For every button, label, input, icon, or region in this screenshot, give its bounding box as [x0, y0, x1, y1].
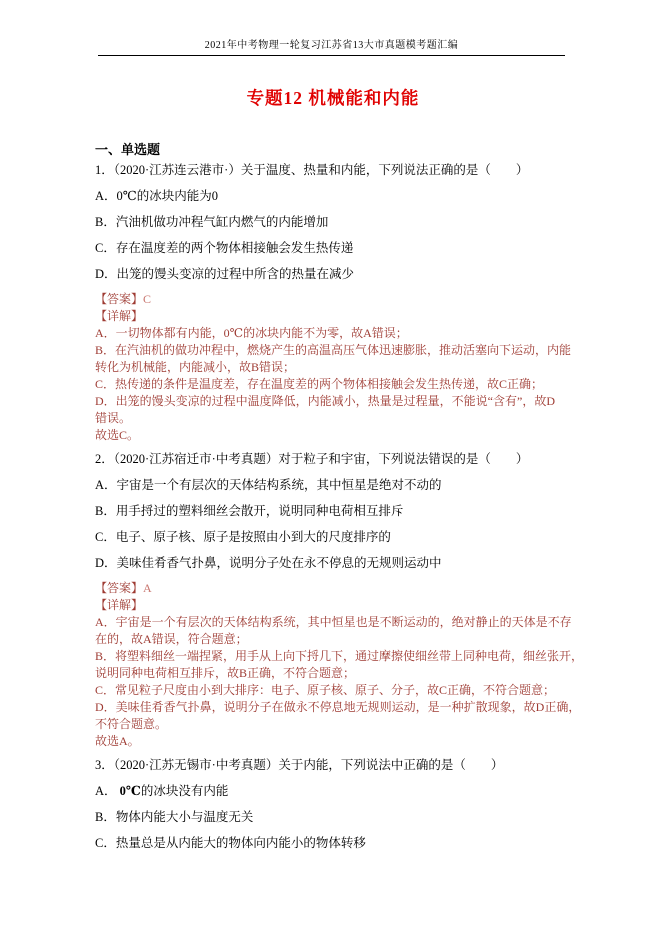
question-3: 3．（2020·江苏无锡市·中考真题）关于内能，下列说法中正确的是（ ） A． … — [95, 752, 571, 856]
choose-line: 故选C。 — [95, 427, 571, 444]
detail-label: 【详解】 — [95, 597, 571, 614]
detail-line: 说明同种电荷相互排斥，故B正确，不符合题意； — [95, 665, 571, 682]
page-header: 2021年中考物理一轮复习江苏省13大市真题模考题汇编 — [98, 36, 565, 56]
detail-line: 错误。 — [95, 410, 571, 427]
detail-line: B．将塑料细丝一端捏紧，用手从上向下捋几下，通过摩擦使细丝带上同种电荷，细丝张开… — [95, 648, 571, 665]
question-stem: 1．（2020·江苏连云港市·）关于温度、热量和内能，下列说法正确的是（ ） — [95, 157, 571, 183]
detail-line: 转化为机械能，内能减小，故B错误； — [95, 359, 571, 376]
question-1: 1．（2020·江苏连云港市·）关于温度、热量和内能，下列说法正确的是（ ） A… — [95, 157, 571, 444]
detail-line: A．宇宙是一个有层次的天体结构系统，其中恒星也是不断运动的，绝对静止的天体是不存 — [95, 614, 571, 631]
answer-label: 【答案】 — [95, 581, 143, 595]
answer-label: 【答案】 — [95, 292, 143, 306]
answer-value: A — [143, 581, 152, 595]
option-d: D．出笼的馒头变凉的过程中所含的热量在减少 — [95, 261, 571, 287]
detail-line: A．一切物体都有内能，0℃的冰块内能不为零，故A错误； — [95, 325, 571, 342]
choose-line: 故选A。 — [95, 733, 571, 750]
detail-line: C．常见粒子尺度由小到大排序：电子、原子核、原子、分子，故C正确，不符合题意； — [95, 682, 571, 699]
option-a: A．0℃的冰块内能为0 — [95, 183, 571, 209]
option-a-rest: 的冰块没有内能 — [141, 784, 229, 798]
option-c: C．电子、原子核、原子是按照由小到大的尺度排序的 — [95, 524, 571, 550]
question-stem: 2．（2020·江苏宿迁市·中考真题）对于粒子和宇宙，下列说法错误的是（ ） — [95, 446, 571, 472]
answer-line: 【答案】A — [95, 580, 571, 597]
option-d: D．美味佳肴香气扑鼻，说明分子处在永不停息的无规则运动中 — [95, 550, 571, 576]
question-2: 2．（2020·江苏宿迁市·中考真题）对于粒子和宇宙，下列说法错误的是（ ） A… — [95, 446, 571, 750]
detail-line: D．美味佳肴香气扑鼻，说明分子在做永不停息地无规则运动，是一种扩散现象，故D正确… — [95, 699, 571, 716]
option-b: B．物体内能大小与温度无关 — [95, 804, 571, 830]
option-c: C．存在温度差的两个物体相接触会发生热传递 — [95, 235, 571, 261]
detail-line: C．热传递的条件是温度差，存在温度差的两个物体相接触会发生热传递，故C正确； — [95, 376, 571, 393]
document-body: 专题12 机械能和内能 一、单选题 1．（2020·江苏连云港市·）关于温度、热… — [95, 88, 571, 856]
answer-value: C — [143, 292, 151, 306]
option-c: C．热量总是从内能大的物体向内能小的物体转移 — [95, 830, 571, 856]
option-a: A．宇宙是一个有层次的天体结构系统，其中恒星是绝对不动的 — [95, 472, 571, 498]
option-a: A． 0℃的冰块没有内能 — [95, 778, 571, 804]
detail-line: 在的，故A错误，符合题意； — [95, 631, 571, 648]
page-title: 专题12 机械能和内能 — [95, 88, 571, 108]
option-a-prefix: A． — [95, 784, 120, 798]
header-text: 2021年中考物理一轮复习江苏省13大市真题模考题汇编 — [205, 40, 459, 51]
option-a-bold-term: 0℃ — [120, 784, 141, 798]
option-b: B．汽油机做功冲程气缸内燃气的内能增加 — [95, 209, 571, 235]
detail-line: B．在汽油机的做功冲程中，燃烧产生的高温高压气体迅速膨胀，推动活塞向下运动，内能 — [95, 342, 571, 359]
option-b: B．用手捋过的塑料细丝会散开，说明同种电荷相互排斥 — [95, 498, 571, 524]
section-heading: 一、单选题 — [95, 143, 571, 157]
detail-line: D．出笼的馒头变凉的过程中温度降低，内能减小，热量是过程量，不能说“含有”，故D — [95, 393, 571, 410]
detail-line: 不符合题意。 — [95, 716, 571, 733]
detail-label: 【详解】 — [95, 308, 571, 325]
answer-line: 【答案】C — [95, 291, 571, 308]
question-stem: 3．（2020·江苏无锡市·中考真题）关于内能，下列说法中正确的是（ ） — [95, 752, 571, 778]
